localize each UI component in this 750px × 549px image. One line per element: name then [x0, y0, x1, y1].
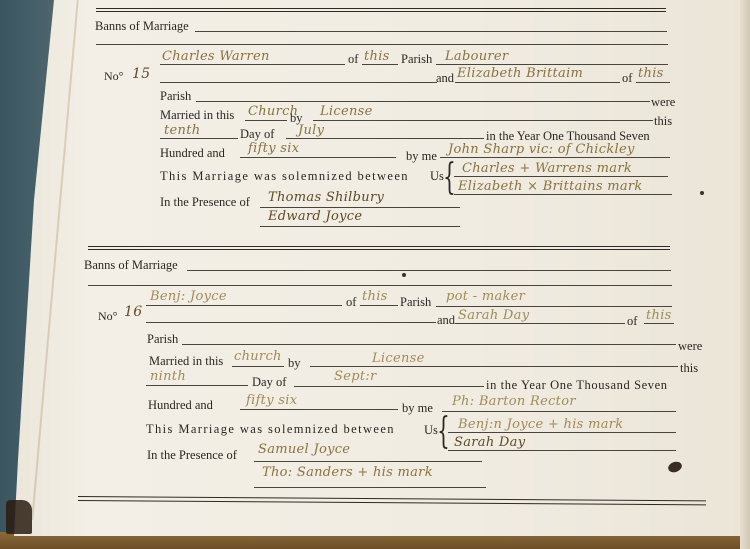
entry-number-label: No°: [98, 310, 117, 322]
day-line: [160, 138, 238, 139]
month: Sept:r: [334, 370, 377, 383]
by-label: by: [288, 357, 301, 370]
by-me-label: by me: [406, 150, 437, 163]
bride-line: [455, 323, 625, 324]
witness-line: [254, 461, 482, 462]
and-label: and: [436, 72, 454, 85]
us-label: Us: [424, 424, 438, 437]
married-label: Married in this: [160, 109, 234, 122]
groom-of-line: [362, 64, 398, 65]
day: ninth: [150, 370, 186, 383]
double-rule: [96, 11, 666, 12]
page-binding: [740, 0, 750, 549]
groom-name: Charles Warren: [162, 50, 270, 63]
officiant-line: [442, 411, 676, 412]
bride-of-line: [644, 323, 674, 324]
day-of-label: Day of: [252, 376, 286, 389]
month: July: [298, 124, 324, 137]
place: church: [234, 350, 282, 363]
entry-number: 16: [124, 305, 142, 319]
place-line: [245, 120, 287, 121]
of-label: of: [627, 315, 637, 328]
by-line: [310, 366, 678, 367]
banns-line: [187, 270, 671, 271]
and-label: and: [437, 314, 455, 327]
parish-label: Parish: [401, 53, 432, 66]
signature-2: Sarah Day: [454, 436, 525, 449]
this-label: this: [680, 362, 698, 375]
witness-1: Thomas Shilbury: [268, 191, 384, 204]
of-label: of: [348, 53, 358, 66]
signature-2: Elizabeth × Brittains mark: [458, 180, 643, 193]
hundred-and-label: Hundred and: [148, 399, 213, 412]
signature-line: [454, 194, 672, 195]
groom-of: this: [364, 50, 390, 63]
bride-of: this: [646, 309, 672, 322]
signature-1: Charles + Warrens mark: [462, 162, 632, 175]
us-label: Us: [430, 170, 444, 183]
witness-line: [254, 487, 486, 488]
day-line: [146, 385, 248, 386]
witness-line: [260, 226, 460, 227]
bride-name: Elizabeth Brittaim: [457, 67, 583, 80]
year-text: in the Year One Thousand Seven: [486, 379, 668, 392]
parish-line: [196, 101, 650, 102]
witness-1: Samuel Joyce: [258, 443, 350, 456]
double-rule: [88, 246, 670, 247]
separator-rule: [96, 44, 668, 45]
were-label: were: [651, 96, 675, 109]
solemnized-label: This Marriage was solemnized between: [160, 170, 409, 183]
bride-pre-line: [160, 82, 437, 83]
bride-of: this: [638, 67, 664, 80]
by-means: License: [372, 352, 425, 365]
brace: {: [443, 160, 456, 196]
year-words: fifty six: [248, 142, 299, 155]
bride-of-line: [636, 82, 670, 83]
parish-label: Parish: [400, 296, 431, 309]
groom-of-line: [360, 305, 398, 306]
banns-heading: Banns of Marriage: [95, 20, 189, 33]
hundred-and-label: Hundred and: [160, 147, 225, 160]
groom-name: Benj: Joyce: [150, 290, 227, 303]
by-line: [313, 120, 653, 121]
signature-line: [448, 432, 676, 433]
signature-line: [448, 450, 676, 451]
witness-2: Tho: Sanders + his mark: [262, 466, 433, 479]
bride-name: Sarah Day: [458, 309, 529, 322]
month-line: [286, 138, 484, 139]
entry-number: 15: [132, 67, 150, 81]
were-label: were: [678, 340, 702, 353]
officiant: John Sharp vic: of Chickley: [448, 143, 635, 156]
banns-heading: Banns of Marriage: [84, 259, 178, 272]
bride-pre-line: [146, 322, 436, 323]
by-me-label: by me: [402, 402, 433, 415]
banns-line: [195, 31, 667, 32]
corner-stain: [6, 500, 32, 534]
officiant-line: [440, 157, 670, 158]
year-text: in the Year One Thousand Seven: [486, 130, 650, 143]
groom-line: [160, 64, 345, 65]
day-of-label: Day of: [240, 128, 274, 141]
this-label: this: [654, 115, 672, 128]
parish-label: Parish: [147, 333, 178, 346]
occupation-line: [436, 64, 668, 65]
year-line: [240, 157, 396, 158]
groom-occupation: Labourer: [445, 50, 508, 63]
solemnized-label: This Marriage was solemnized between: [146, 423, 395, 436]
presence-label: In the Presence of: [147, 449, 237, 462]
presence-label: In the Presence of: [160, 196, 250, 209]
entry-number-label: No°: [104, 70, 123, 82]
parish-label: Parish: [160, 90, 191, 103]
double-rule: [88, 249, 670, 250]
separator-rule: [88, 285, 672, 286]
double-rule: [96, 8, 666, 9]
groom-of: this: [362, 290, 388, 303]
day: tenth: [164, 124, 200, 137]
witness-2: Edward Joyce: [268, 210, 362, 223]
signature-1: Benj:n Joyce + his mark: [458, 418, 623, 431]
year-line: [240, 409, 398, 410]
married-label: Married in this: [149, 355, 223, 368]
by-means: License: [320, 105, 373, 118]
witness-line: [260, 207, 460, 208]
bride-line: [455, 82, 620, 83]
of-label: of: [622, 72, 632, 85]
groom-occupation: pot - maker: [446, 290, 525, 303]
year-words: fifty six: [246, 394, 297, 407]
of-label: of: [346, 296, 356, 309]
signature-line: [454, 176, 668, 177]
parish-line: [182, 344, 676, 345]
groom-line: [146, 305, 342, 306]
officiant: Ph: Barton Rector: [452, 395, 576, 408]
occupation-line: [436, 306, 672, 307]
ink-dot: [700, 191, 704, 195]
ink-dot: [402, 273, 406, 277]
place-line: [232, 366, 284, 367]
month-line: [294, 386, 484, 387]
